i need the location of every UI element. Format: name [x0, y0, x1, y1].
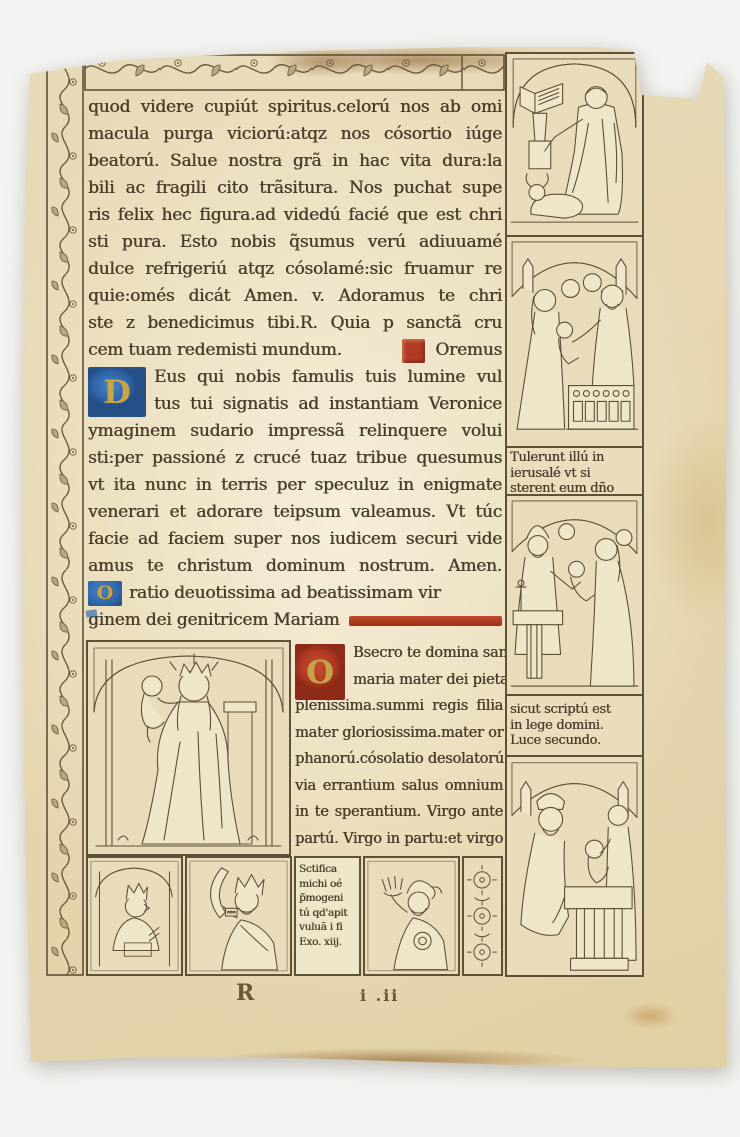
text-line: dulce refrigeriú atqz cósolamé:sic fruam… [88, 256, 502, 283]
red-paraph-mark [402, 339, 425, 363]
presentation-in-temple-woodcut [507, 237, 642, 448]
leaf-number: i .ii [360, 986, 399, 1005]
initial-letter: O [306, 653, 334, 691]
collect-indented-lines: Eus qui nobis famulis tuis lumine vultus… [88, 364, 502, 418]
text-line: Tulerunt illú in [510, 450, 639, 466]
vellum-leaf: quod videre cupiút spiritus.celorú nos a… [0, 0, 740, 1137]
text-line: sterent eum dño [510, 481, 639, 497]
initial-letter: O [97, 580, 113, 607]
text-line: Bsecro te domina sancta [353, 640, 503, 667]
text-line: venerari et adorare teipsum valeamus. Vt… [88, 499, 502, 526]
floral-border-left [46, 52, 84, 976]
text-line: quod videre cupiút spiritus.celorú nos a… [88, 94, 502, 121]
rubric-text-2: ginem dei genitricem Mariam [88, 607, 339, 634]
right-woodcut-column: Tulerunt illú inierusalé vt sisterent eu… [505, 52, 644, 977]
line-spacer [342, 337, 402, 364]
collect-lines: ymaginem sudario impressã relinquere vol… [88, 418, 502, 580]
caption-presentation: Tulerunt illú inierusalé vt sisterent eu… [507, 448, 642, 496]
text-line: partú. Virgo in partu:et virgo [295, 826, 503, 853]
photo-background: quod videre cupiút spiritus.celorú nos a… [0, 0, 740, 1137]
crowned-king-with-sword-woodcut [185, 856, 292, 976]
oremus-word: Oremus [435, 337, 502, 364]
vellum-leaf-wrap: quod videre cupiút spiritus.celorú nos a… [0, 0, 740, 1137]
text-line: quie:omés dicát Amen. v. Adoramus te chr… [88, 283, 502, 310]
gathering-signature: R [236, 980, 254, 1006]
floral-border-top [84, 54, 505, 91]
prophet-raising-hand-woodcut [363, 856, 460, 976]
text-line: p̃mogeni [299, 891, 356, 906]
illuminated-initial-o-small: O [88, 581, 122, 606]
red-line-filler [349, 616, 502, 626]
text-line: ris felix hec figura.ad videdú facié que… [88, 202, 502, 229]
rubric-text-1: ratio deuotissima ad beatissimam vir [129, 580, 441, 607]
text-line: sti pura. Esto nobis q̃sumus verú adiuua… [88, 229, 502, 256]
text-line: sicut scriptú est [510, 702, 639, 718]
text-line: mater gloriosissima.mater or [295, 720, 503, 747]
main-text-block: quod videre cupiút spiritus.celorú nos a… [88, 94, 502, 634]
text-line: tú qd'apit [299, 906, 356, 921]
text-line: vuluã i fi [299, 920, 356, 935]
text-line: in lege domini. [510, 718, 639, 734]
illuminated-initial-o-red: O [295, 644, 345, 700]
oremus-pre-text: cem tuam redemisti mundum. [88, 337, 342, 364]
circumcision-woodcut [507, 496, 642, 696]
rosette-border-strip [462, 856, 503, 976]
text-line: in te sperantium. Virgo ante [295, 799, 503, 826]
text-line: phanorú.cósolatio desolatorú [295, 746, 503, 773]
st-luke-evangelist-woodcut [507, 54, 642, 237]
text-line: tus tui signatis ad instantiam Veronice [154, 391, 502, 418]
text-line: ste z benedicimus tibi.R. Quia p sanctã … [88, 310, 502, 337]
caption-circumcision: sicut scriptú estin lege domini.Luce sec… [507, 696, 642, 757]
exodus-scroll-text: Sctificamichi oép̃mogenitú qd'apitvuluã … [294, 856, 361, 976]
child-on-altar-woodcut [507, 757, 642, 975]
text-line: ymaginem sudario impressã relinquere vol… [88, 418, 502, 445]
text-line: Luce secundo. [510, 733, 639, 749]
upper-prayer-lines: quod videre cupiút spiritus.celorú nos a… [88, 94, 502, 337]
text-line: michi oé [299, 877, 356, 892]
text-line: Sctifica [299, 862, 356, 877]
rubric-line-1: O ratio deuotissima ad beatissimam vir [88, 580, 502, 607]
text-line: ierusalé vt si [510, 466, 639, 482]
text-line: beatorú. Salue nostra grã in hac vita du… [88, 148, 502, 175]
rubric-line-2: ginem dei genitricem Mariam [88, 607, 502, 634]
illuminated-initial-d: D [88, 367, 146, 417]
initial-letter: D [103, 373, 131, 411]
king-david-profile-woodcut [86, 856, 183, 976]
obsecro-prayer: O Bsecro te domina sanctamaria mater dei… [295, 640, 503, 852]
oremus-line: cem tuam redemisti mundum. Oremus [88, 337, 502, 364]
obsecro-lines: plenissima.summi regis filiamater glorio… [295, 693, 503, 852]
text-line: vt ita nunc in terris per speculuz in en… [88, 472, 502, 499]
text-line: Exo. xiij. [299, 935, 356, 950]
text-line: via errantium salus omnium [295, 773, 503, 800]
madonna-and-child-woodcut [86, 640, 291, 856]
text-line: facie ad faciem super nos iudicem securi… [88, 526, 502, 553]
text-line: bili ac fragili cito trãsitura. Nos puch… [88, 175, 502, 202]
text-line: amus te christum dominum nostrum. Amen. [88, 553, 502, 580]
text-line: sti:per passioné z crucé tuaz tribue que… [88, 445, 502, 472]
text-line: macula purga viciorú:atqz nos cósortio i… [88, 121, 502, 148]
text-line: maria mater dei pietate [353, 667, 503, 694]
collect-prayer: D Eus qui nobis famulis tuis lumine vult… [88, 364, 502, 580]
text-line: Eus qui nobis famulis tuis lumine vul [154, 364, 502, 391]
